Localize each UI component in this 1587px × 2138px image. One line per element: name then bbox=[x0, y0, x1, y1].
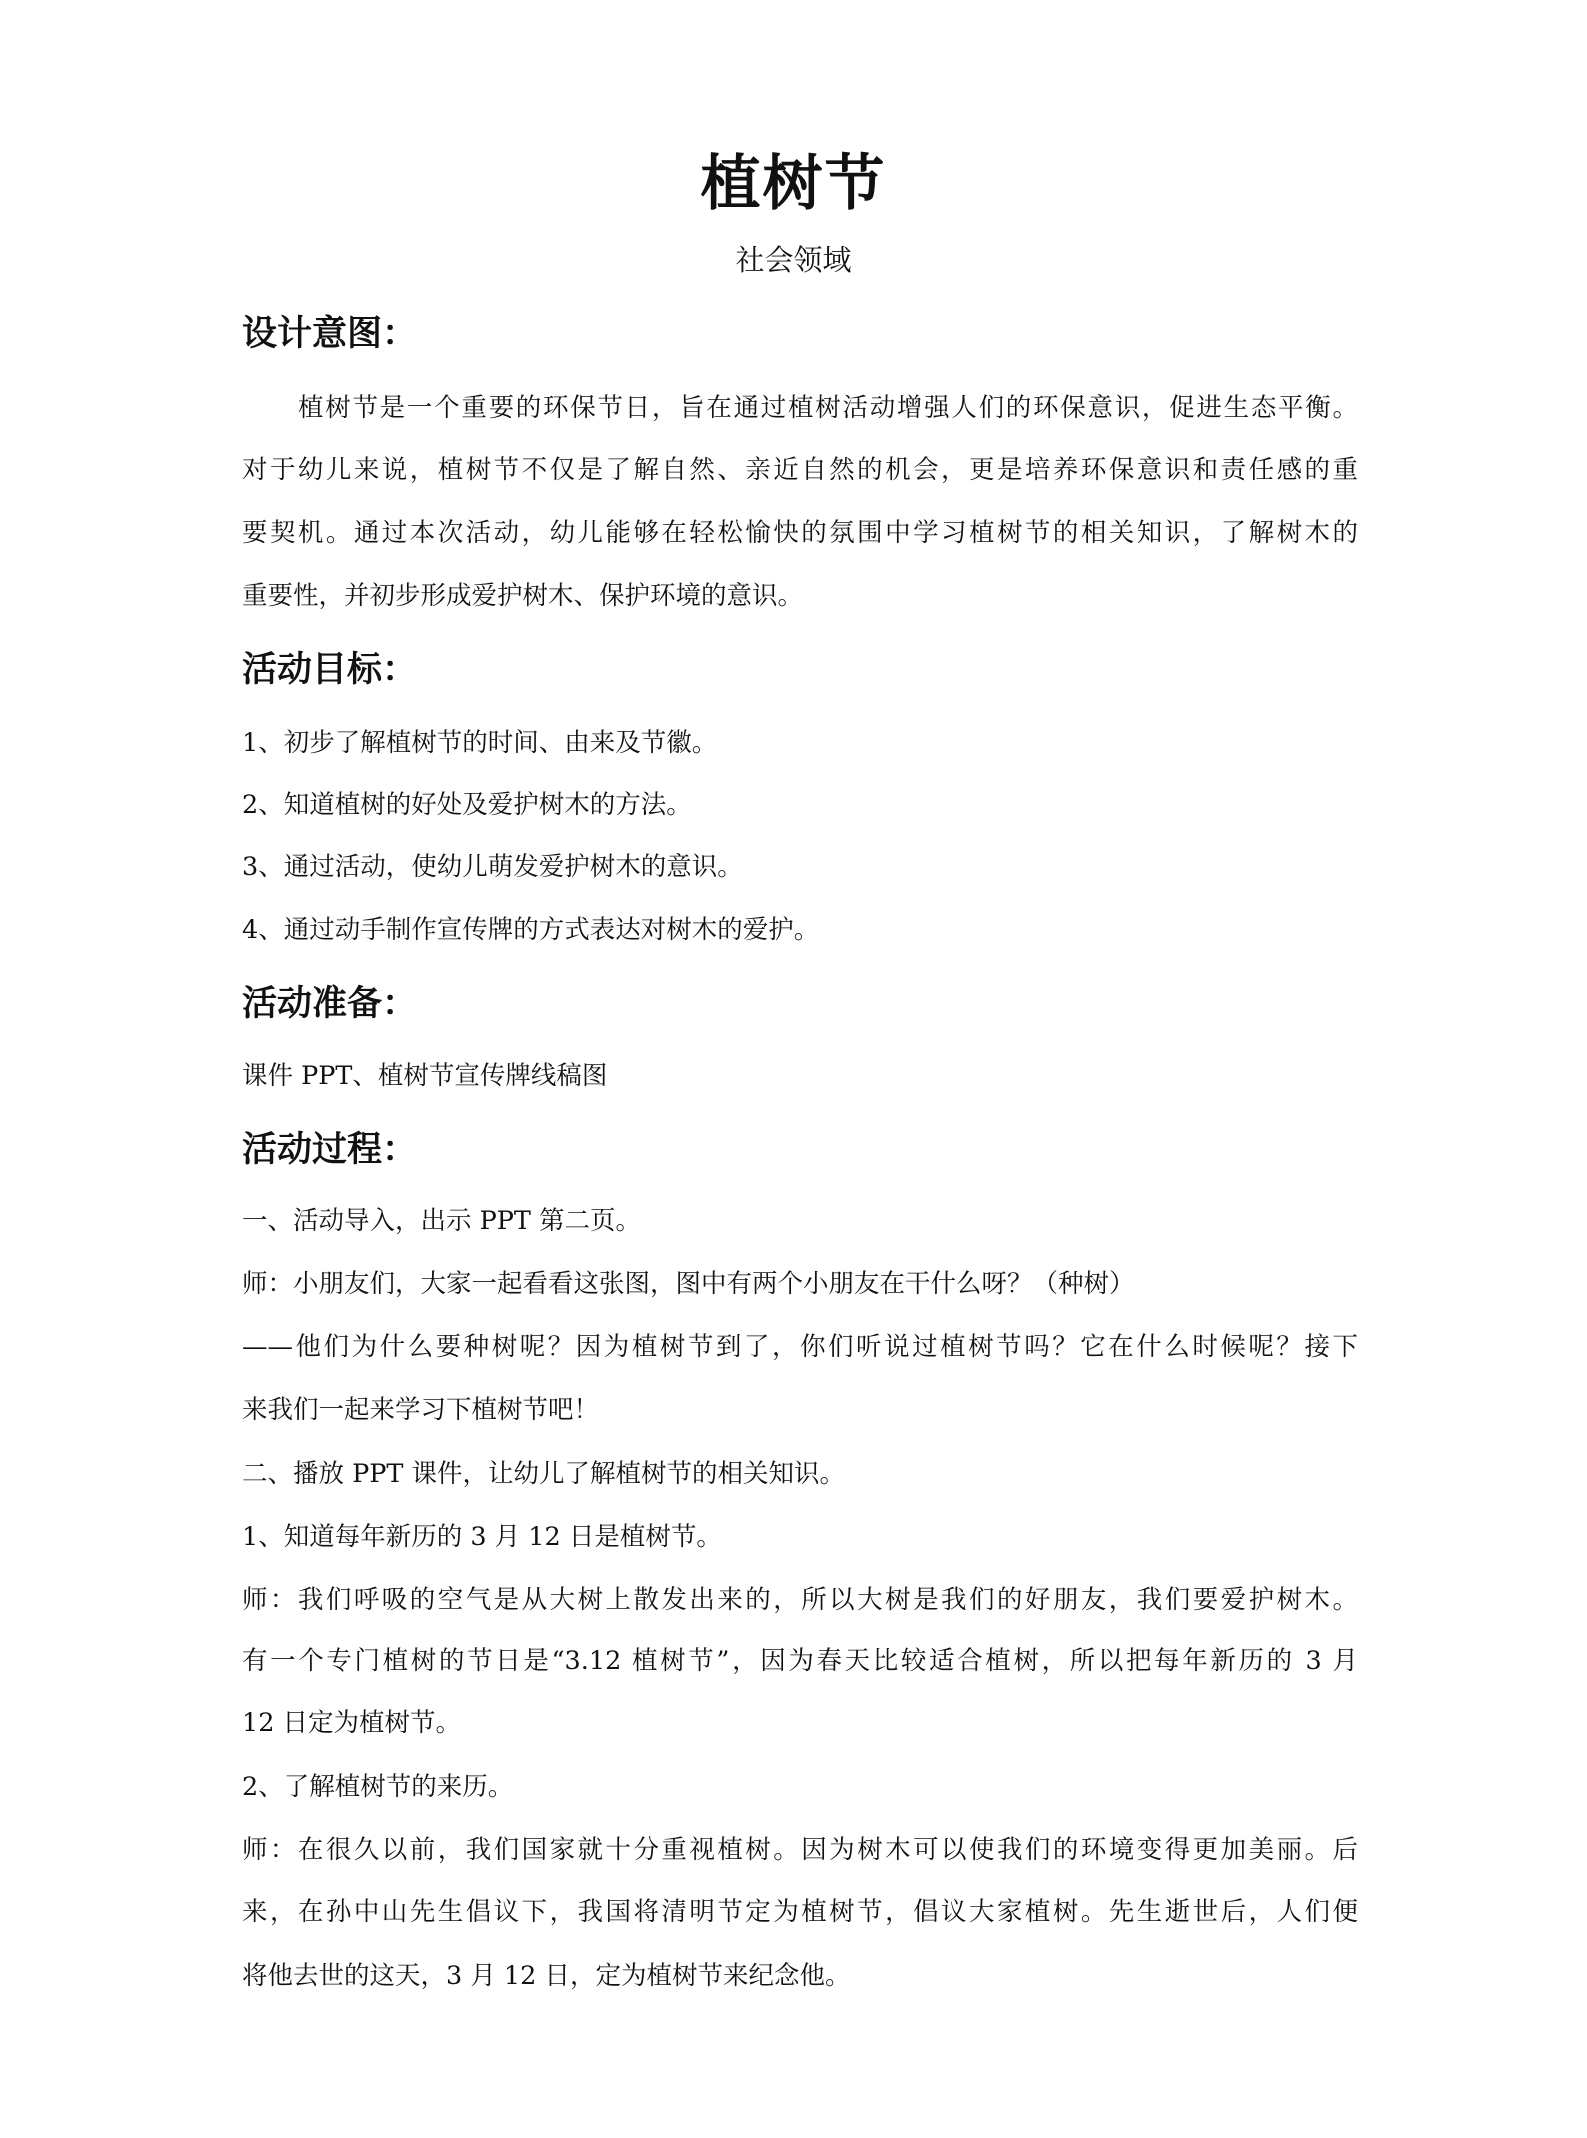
process-line: 师：在很久以前，我们国家就十分重视植树。因为树木可以使我们的环境变得更加美丽。后 bbox=[242, 1834, 1358, 1866]
process-line: 2、了解植树节的来历。 bbox=[242, 1771, 1358, 1803]
paragraph-line: 要契机。通过本次活动，幼儿能够在轻松愉快的氛围中学习植树节的相关知识，了解树木的 bbox=[242, 517, 1358, 549]
process-line: 师：我们呼吸的空气是从大树上散发出来的，所以大树是我们的好朋友，我们要爱护树木。 bbox=[242, 1584, 1358, 1616]
process-line: 来我们一起来学习下植树节吧！ bbox=[242, 1394, 1358, 1426]
paragraph-line: 植树节是一个重要的环保节日，旨在通过植树活动增强人们的环保意识，促进生态平衡。 bbox=[298, 392, 1358, 424]
process-line: 来，在孙中山先生倡议下，我国将清明节定为植树节，倡议大家植树。先生逝世后，人们便 bbox=[242, 1896, 1358, 1928]
heading-goals: 活动目标： bbox=[242, 648, 417, 692]
document-page: 植树节 社会领域 设计意图： 植树节是一个重要的环保节日，旨在通过植树活动增强人… bbox=[0, 0, 1587, 2138]
document-title: 植树节 bbox=[0, 148, 1587, 220]
goal-item: 3、通过活动，使幼儿萌发爱护树木的意识。 bbox=[242, 851, 1358, 883]
heading-design-intent: 设计意图： bbox=[242, 312, 417, 356]
preparation-text: 课件 PPT、植树节宣传牌线稿图 bbox=[242, 1060, 1358, 1092]
process-line: 师：小朋友们，大家一起看看这张图，图中有两个小朋友在干什么呀？（种树） bbox=[242, 1268, 1358, 1300]
process-line: 二、播放 PPT 课件，让幼儿了解植树节的相关知识。 bbox=[242, 1458, 1358, 1490]
process-line: 1、知道每年新历的 3 月 12 日是植树节。 bbox=[242, 1521, 1358, 1553]
paragraph-line: 重要性，并初步形成爱护树木、保护环境的意识。 bbox=[242, 580, 1358, 612]
document-subtitle: 社会领域 bbox=[0, 242, 1587, 278]
goal-item: 4、通过动手制作宣传牌的方式表达对树木的爱护。 bbox=[242, 914, 1358, 946]
goal-item: 1、初步了解植树节的时间、由来及节徽。 bbox=[242, 727, 1358, 759]
process-line: 有一个专门植树的节日是“3.12 植树节”，因为春天比较适合植树，所以把每年新历… bbox=[242, 1645, 1358, 1677]
heading-process: 活动过程： bbox=[242, 1128, 417, 1172]
goal-item: 2、知道植树的好处及爱护树木的方法。 bbox=[242, 789, 1358, 821]
process-line: 将他去世的这天，3 月 12 日，定为植树节来纪念他。 bbox=[242, 1960, 1358, 1992]
paragraph-line: 对于幼儿来说，植树节不仅是了解自然、亲近自然的机会，更是培养环保意识和责任感的重 bbox=[242, 454, 1358, 486]
process-line: 一、活动导入，出示 PPT 第二页。 bbox=[242, 1205, 1358, 1237]
heading-preparation: 活动准备： bbox=[242, 982, 417, 1026]
process-line: ——他们为什么要种树呢？因为植树节到了，你们听说过植树节吗？它在什么时候呢？接下 bbox=[242, 1331, 1358, 1363]
process-line: 12 日定为植树节。 bbox=[242, 1707, 1358, 1739]
